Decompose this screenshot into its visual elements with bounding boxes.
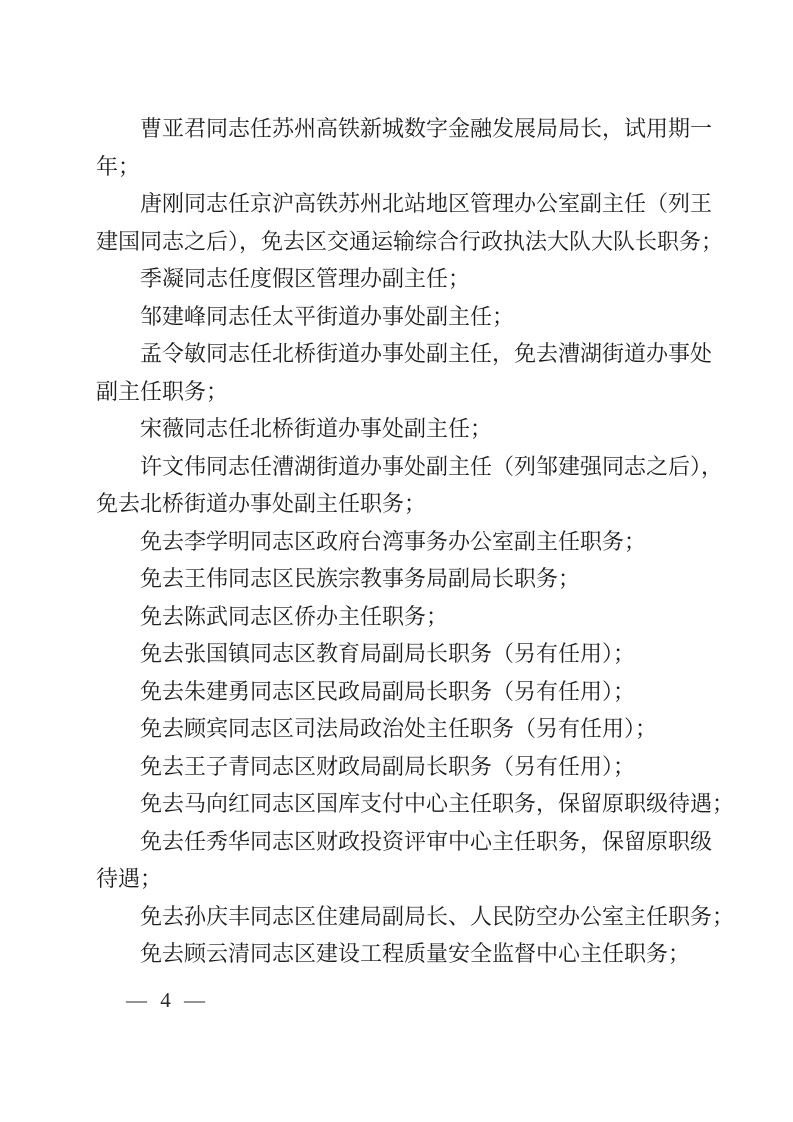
document-line: 曹亚君同志任苏州高铁新城数字金融发展局局长，试用期一 [96, 110, 756, 148]
document-line: 免去马向红同志区国库支付中心主任职务，保留原职级待遇； [96, 785, 756, 823]
document-line: 免去朱建勇同志区民政局副局长职务（另有任用）； [96, 673, 756, 711]
document-line: 邹建峰同志任太平街道办事处副主任； [96, 298, 756, 336]
document-line: 孟令敏同志任北桥街道办事处副主任，免去漕湖街道办事处 [96, 335, 756, 373]
document-page: 曹亚君同志任苏州高铁新城数字金融发展局局长，试用期一年；唐刚同志任京沪高铁苏州北… [0, 0, 793, 1122]
document-line: 季凝同志任度假区管理办副主任； [96, 260, 756, 298]
document-line: 免去王伟同志区民族宗教事务局副局长职务； [96, 560, 756, 598]
document-line: 免去顾云清同志区建设工程质量安全监督中心主任职务； [96, 935, 756, 973]
document-line: 免去北桥街道办事处副主任职务； [96, 485, 756, 523]
document-line: 唐刚同志任京沪高铁苏州北站地区管理办公室副主任（列王 [96, 185, 756, 223]
document-line: 免去陈武同志区侨办主任职务； [96, 598, 756, 636]
document-line: 年； [96, 148, 756, 186]
document-line: 许文伟同志任漕湖街道办事处副主任（列邹建强同志之后）， [96, 448, 756, 486]
document-line: 待遇； [96, 860, 756, 898]
document-line: 宋薇同志任北桥街道办事处副主任； [96, 410, 756, 448]
document-line: 免去李学明同志区政府台湾事务办公室副主任职务； [96, 523, 756, 561]
document-line: 副主任职务； [96, 373, 756, 411]
document-line: 免去王子青同志区财政局副局长职务（另有任用）； [96, 748, 756, 786]
document-line: 免去任秀华同志区财政投资评审中心主任职务，保留原职级 [96, 823, 756, 861]
document-line: 免去顾宾同志区司法局政治处主任职务（另有任用）； [96, 710, 756, 748]
document-line: 建国同志之后），免去区交通运输综合行政执法大队大队长职务； [96, 223, 756, 261]
document-body: 曹亚君同志任苏州高铁新城数字金融发展局局长，试用期一年；唐刚同志任京沪高铁苏州北… [96, 110, 756, 973]
page-number: — 4 — [126, 988, 209, 1013]
document-line: 免去孙庆丰同志区住建局副局长、人民防空办公室主任职务； [96, 898, 756, 936]
document-line: 免去张国镇同志区教育局副局长职务（另有任用）； [96, 635, 756, 673]
